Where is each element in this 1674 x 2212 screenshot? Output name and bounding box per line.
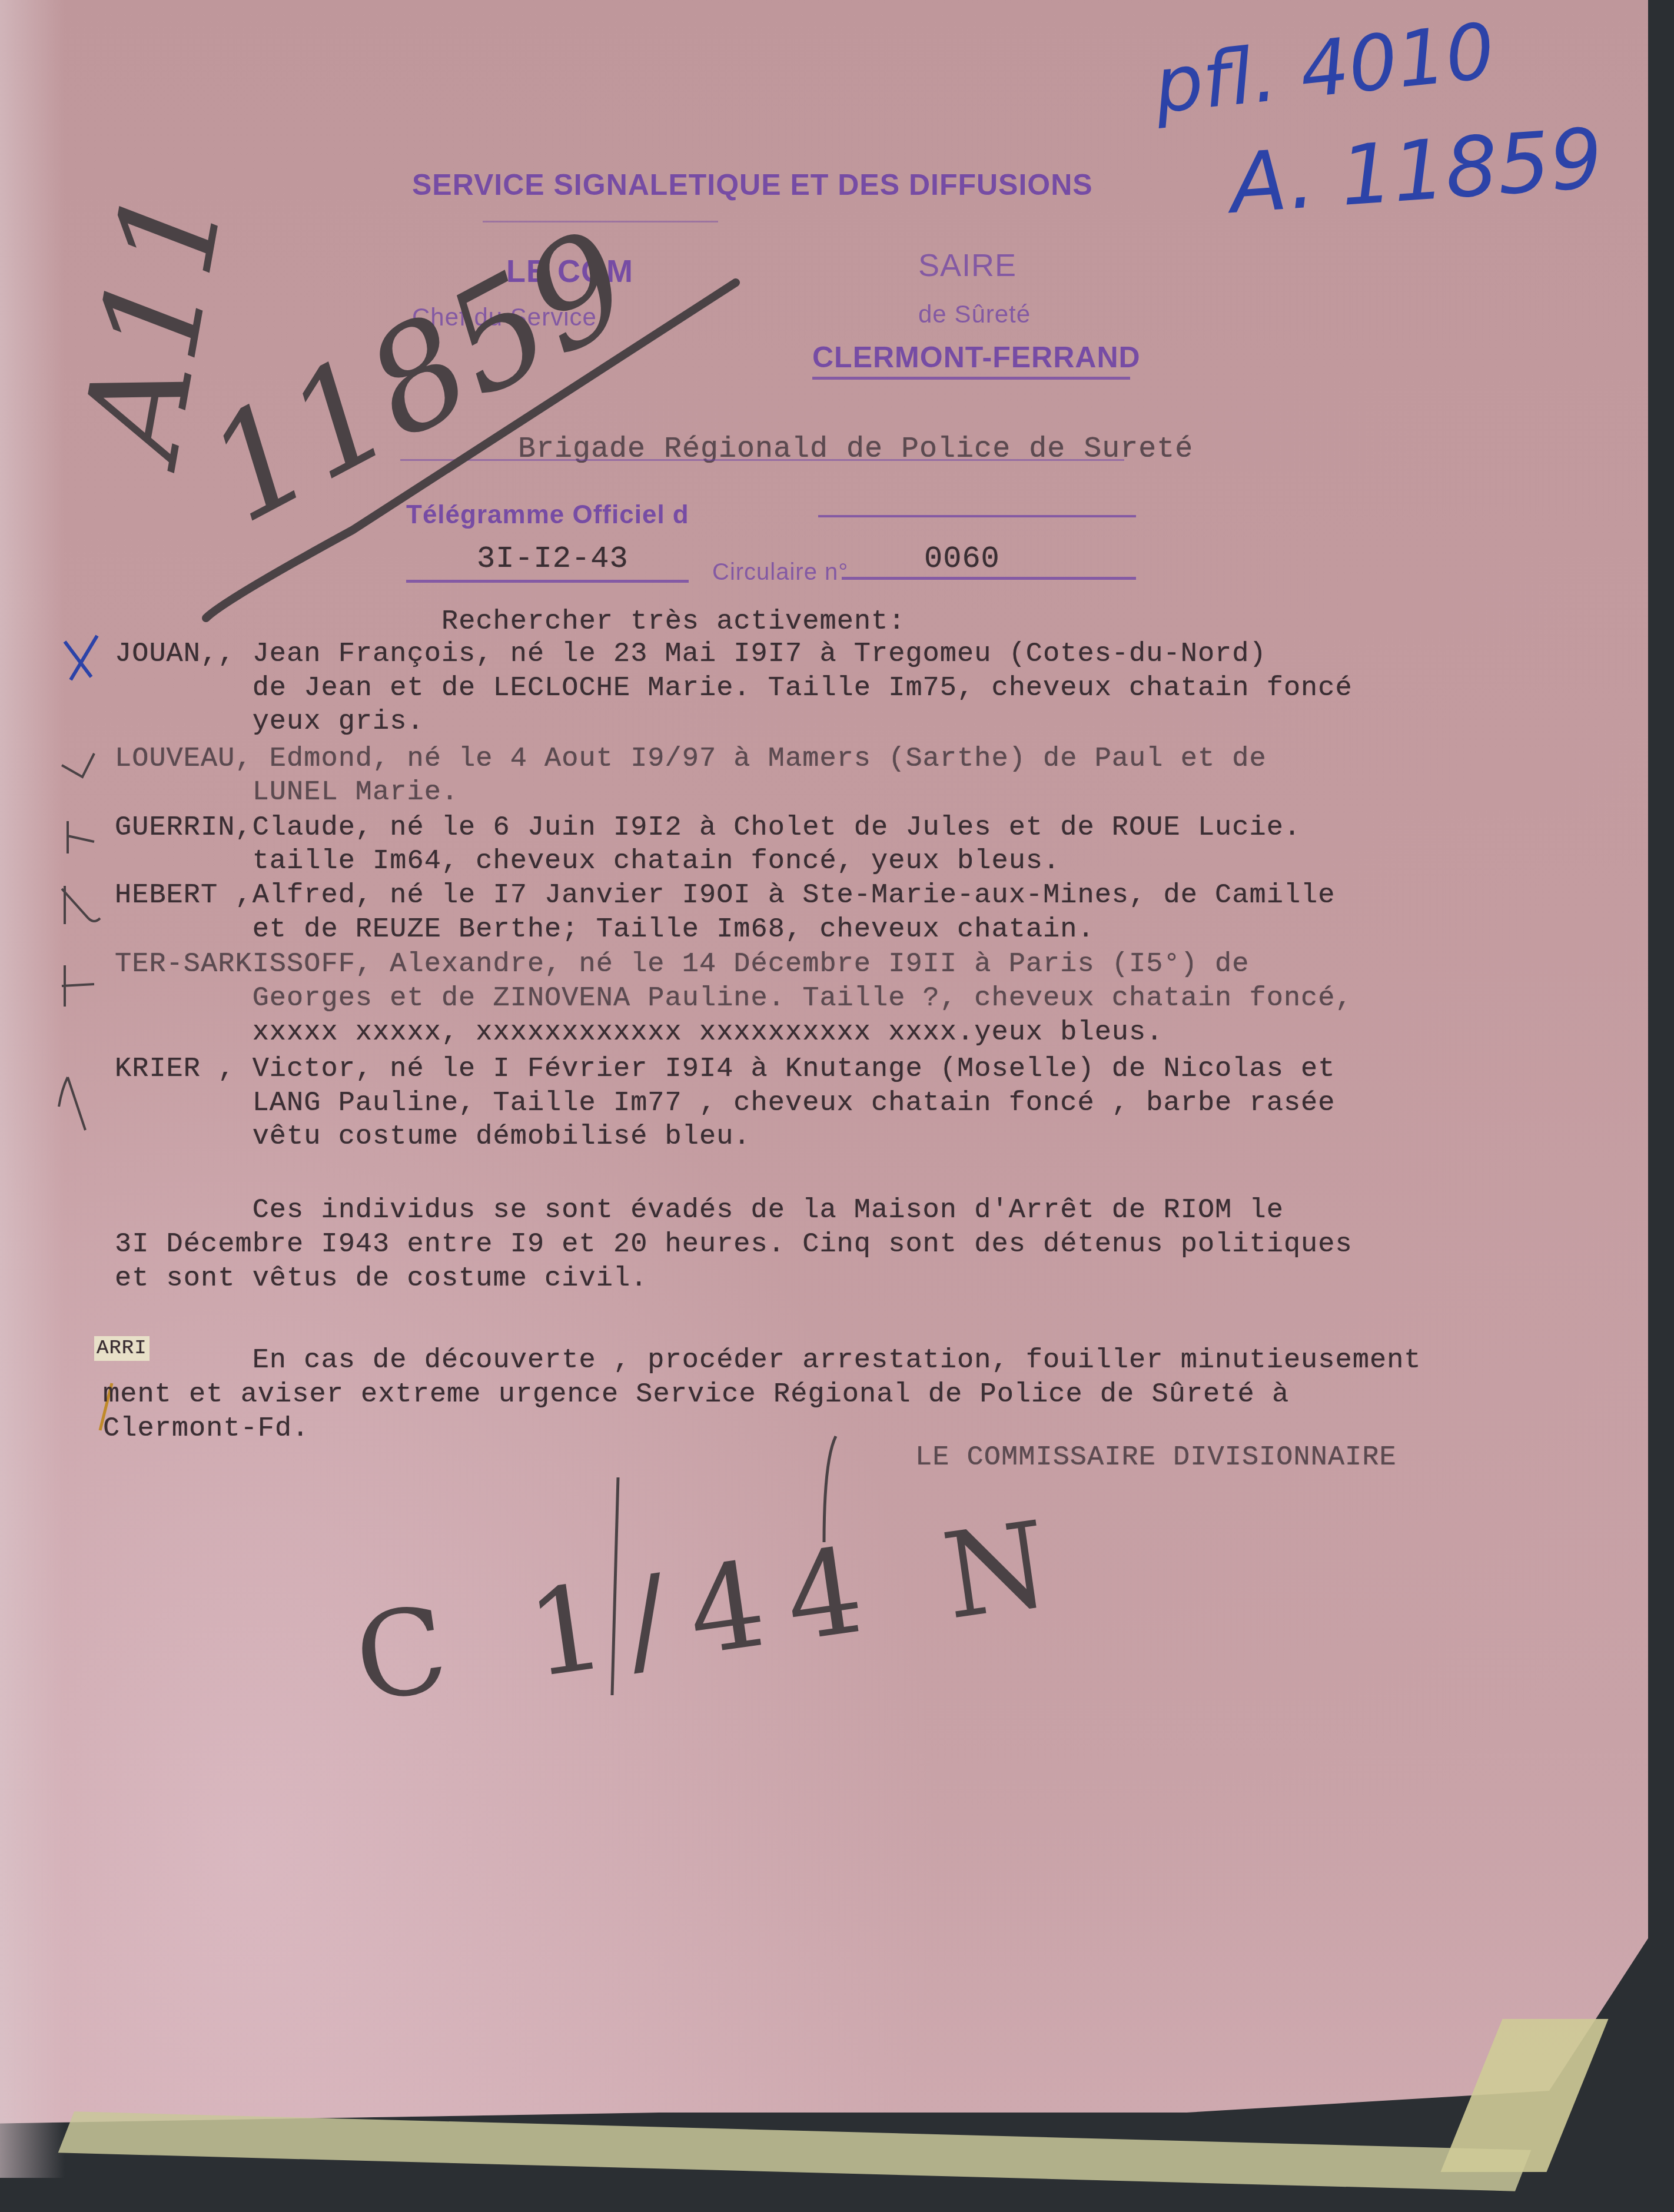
paragraph-line: Clermont-Fd. [103, 1413, 309, 1444]
entry-line: TER-SARKISSOFF, Alexandre, né le 14 Déce… [115, 949, 1250, 980]
entry-line: et de REUZE Berthe; Taille Im68, cheveux… [115, 914, 1095, 945]
pencil-mark-krier [59, 1077, 85, 1130]
entry-line: de Jean et de LECLOCHE Marie. Taille Im7… [115, 673, 1353, 704]
body-heading: Rechercher très activement: [441, 606, 906, 637]
entry-line: JOUAN,, Jean François, né le 23 Mai I9I7… [115, 639, 1267, 670]
entry-line: yeux gris. [115, 706, 424, 738]
blue-x-mark [65, 636, 97, 680]
entry-line: KRIER , Victor, né le I Février I9I4 à K… [115, 1054, 1336, 1085]
paragraph-line: Ces individus se sont évadés de la Maiso… [115, 1195, 1284, 1226]
entry-line: Georges et de ZINOVENA Pauline. Taille ?… [115, 983, 1353, 1014]
entry-line: LOUVEAU, Edmond, né le 4 Aout I9/97 à Ma… [115, 743, 1267, 775]
entry-line: LANG Pauline, Taille Im77 , cheveux chat… [115, 1088, 1336, 1119]
entry-line: LUNEL Marie. [115, 777, 459, 808]
pencil-cross-guerrin [68, 821, 94, 853]
entry-line: GUERRIN,Claude, né le 6 Juin I9I2 à Chol… [115, 812, 1301, 843]
paragraph-line: ment et aviser extreme urgence Service R… [103, 1379, 1289, 1410]
entry-line: vêtu costume démobilisé bleu. [115, 1121, 751, 1153]
paragraph-line: et sont vêtus de costume civil. [115, 1263, 647, 1294]
entry-line: taille Im64, cheveux chatain foncé, yeux… [115, 846, 1060, 877]
pencil-check-louveau [62, 753, 94, 777]
paragraph-line: En cas de découverte , procéder arrestat… [115, 1345, 1421, 1376]
entry-line-struckout: xxxxx xxxxx, xxxxxxxxxxxx xxxxxxxxxx xxx… [115, 1017, 1163, 1048]
signature-commissaire: LE COMMISSAIRE DIVISIONNAIRE [915, 1442, 1397, 1473]
paragraph-line: 3I Décembre I943 entre I9 et 20 heures. … [115, 1229, 1353, 1260]
pencil-cross-hebert [62, 886, 100, 924]
entry-line: HEBERT ,Alfred, né le I7 Janvier I9OI à … [115, 880, 1336, 911]
pencil-slash-stroke [206, 283, 736, 618]
pencil-cross-tersarkissoff [62, 965, 94, 1007]
